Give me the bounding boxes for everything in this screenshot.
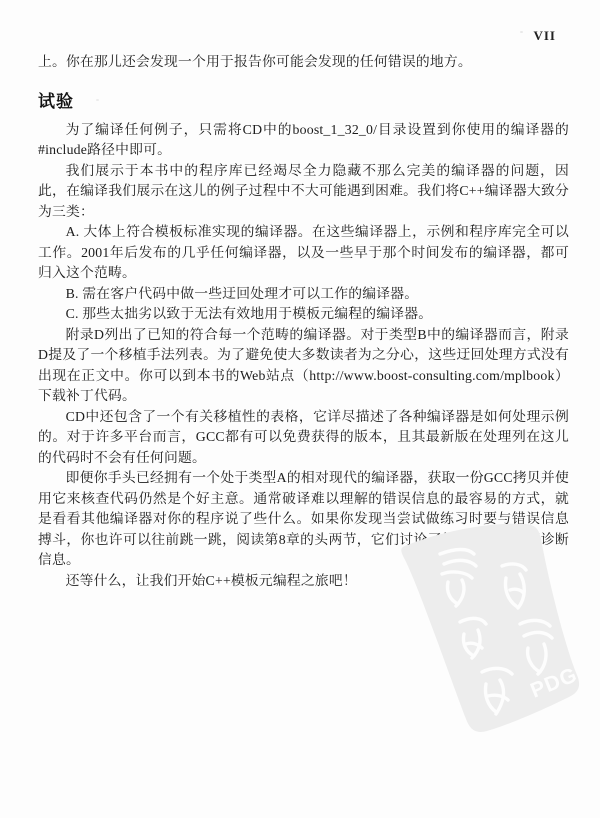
paragraph: 还等什么，让我们开始C++模板元编程之旅吧！	[38, 571, 569, 592]
paragraph: CD中还包含了一个有关移植性的表格，它详尽描述了各种编译器是如何处理示例的。对于…	[38, 407, 569, 469]
list-item-compiler-category-a: A. 大体上符合模板标准实现的编译器。在这些编译器上，示例和程序库完全可以工作。…	[38, 222, 569, 284]
page-body: 上。你在那儿还会发现一个用于报告你可能会发现的任何错误的地方。 试验 为了编译任…	[38, 52, 569, 591]
list-item-compiler-category-c: C. 那些太拙劣以致于无法有效地用于模板元编程的编译器。	[38, 304, 569, 325]
seal-glyph	[460, 618, 486, 658]
paragraph: 附录D列出了已知的符合每一个范畴的编译器。对于类型B中的编译器而言，附录D提及了…	[38, 325, 569, 407]
paragraph: 我们展示于本书中的程序库已经竭尽全力隐藏不那么完美的编译器的问题，因此，在编译我…	[38, 161, 569, 223]
list-item-compiler-category-b: B. 需在客户代码中做一些迂回处理才可以工作的编译器。	[38, 284, 569, 305]
continuation-paragraph: 上。你在那儿还会发现一个用于报告你可能会发现的任何错误的地方。	[38, 52, 569, 73]
paragraph: 为了编译任何例子，只需将CD中的boost_1_32_0/目录设置到你使用的编译…	[38, 120, 569, 161]
seal-glyph	[482, 668, 512, 714]
scan-speck	[520, 31, 523, 33]
page-number: VII	[533, 28, 556, 44]
seal-glyph	[520, 620, 552, 674]
section-heading: 试验	[38, 87, 569, 112]
scan-speck	[96, 99, 99, 101]
pdg-label: PDG	[527, 663, 581, 702]
paragraph: 即便你手头已经拥有一个处于类型A的相对现代的编译器，获取一份GCC拷贝并使用它来…	[38, 468, 569, 571]
